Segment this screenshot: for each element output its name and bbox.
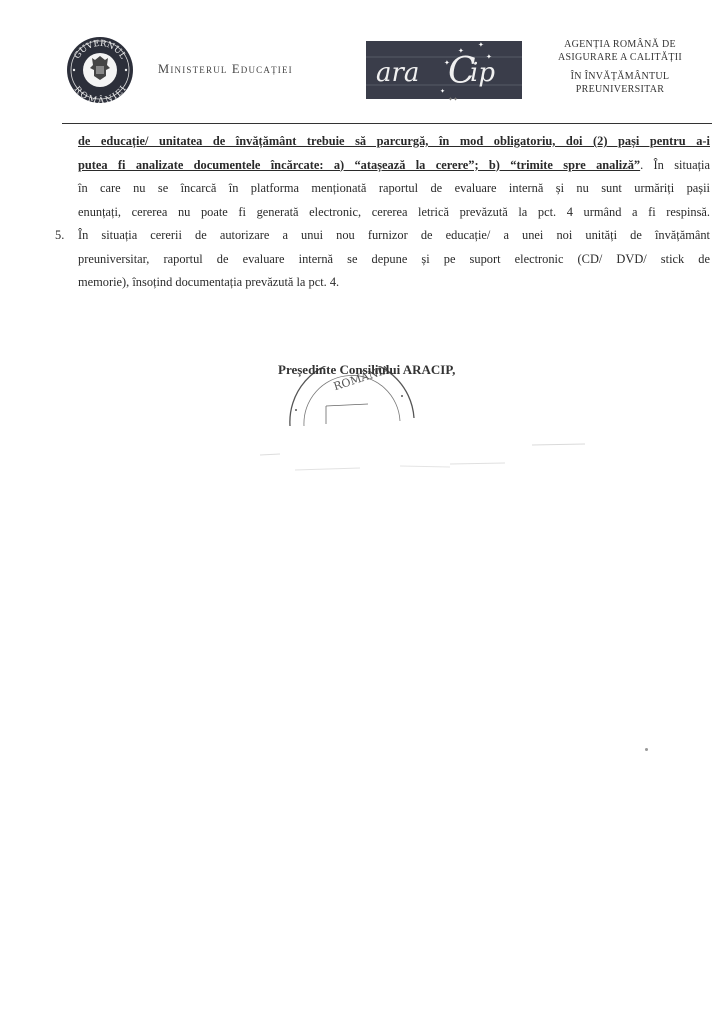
svg-text:✦: ✦ (486, 53, 492, 61)
signature-title: Președinte Consiliului ARACIP, (278, 362, 455, 378)
underlined-text: putea fi analizate documentele încărcate… (78, 158, 640, 172)
government-seal-icon: GUVERNUL ROMÂNIEI (66, 36, 134, 104)
agency-line: PREUNIVERSITAR (545, 83, 695, 96)
list-item-5: 5. În situația cererii de autorizare a u… (55, 224, 710, 295)
header-divider (62, 123, 712, 124)
svg-text:✦: ✦ (440, 88, 445, 95)
document-body: de educație/ unitatea de învățământ treb… (55, 130, 710, 295)
paragraph-continued: de educație/ unitatea de învățământ treb… (55, 130, 710, 224)
svg-text:ara: ara (376, 58, 419, 88)
agency-line: ASIGURARE A CALITĂȚII (545, 51, 695, 64)
svg-text:ip: ip (470, 58, 495, 88)
svg-text:✦: ✦ (444, 59, 450, 67)
agency-line: ÎN ÎNVĂȚĂMÂNTUL (545, 70, 695, 83)
text-line: preuniversitar, raportul de evaluare int… (78, 248, 710, 272)
document-header: GUVERNUL ROMÂNIEI Ministerul Educației a… (0, 0, 724, 125)
text-line: în care nu se încarcă în platforma menți… (78, 177, 710, 201)
list-number: 5. (55, 224, 64, 248)
scan-speck (645, 748, 648, 751)
ministry-name: Ministerul Educației (158, 62, 293, 77)
aracip-logo-icon: ara C ip ✦ ✦ ✦ ✦ ✦ ✦✦ (366, 37, 522, 103)
agency-name: AGENȚIA ROMÂNĂ DE ASIGURARE A CALITĂȚII … (545, 38, 695, 96)
text-line: putea fi analizate documentele încărcate… (78, 154, 710, 178)
svg-text:✦: ✦ (458, 47, 464, 55)
svg-text:✦✦: ✦✦ (448, 96, 458, 103)
svg-text:✦: ✦ (478, 41, 484, 49)
scan-artifacts (250, 430, 610, 490)
text-line: enunțați, cererea nu poate fi generată e… (78, 201, 710, 225)
text-line: În situația cererii de autorizare a unui… (78, 224, 710, 248)
text-line: memorie), însoțind documentația prevăzut… (78, 271, 710, 295)
text-line: de educație/ unitatea de învățământ treb… (78, 130, 710, 154)
agency-line: AGENȚIA ROMÂNĂ DE (545, 38, 695, 51)
text-fragment: . În situația (640, 158, 710, 172)
